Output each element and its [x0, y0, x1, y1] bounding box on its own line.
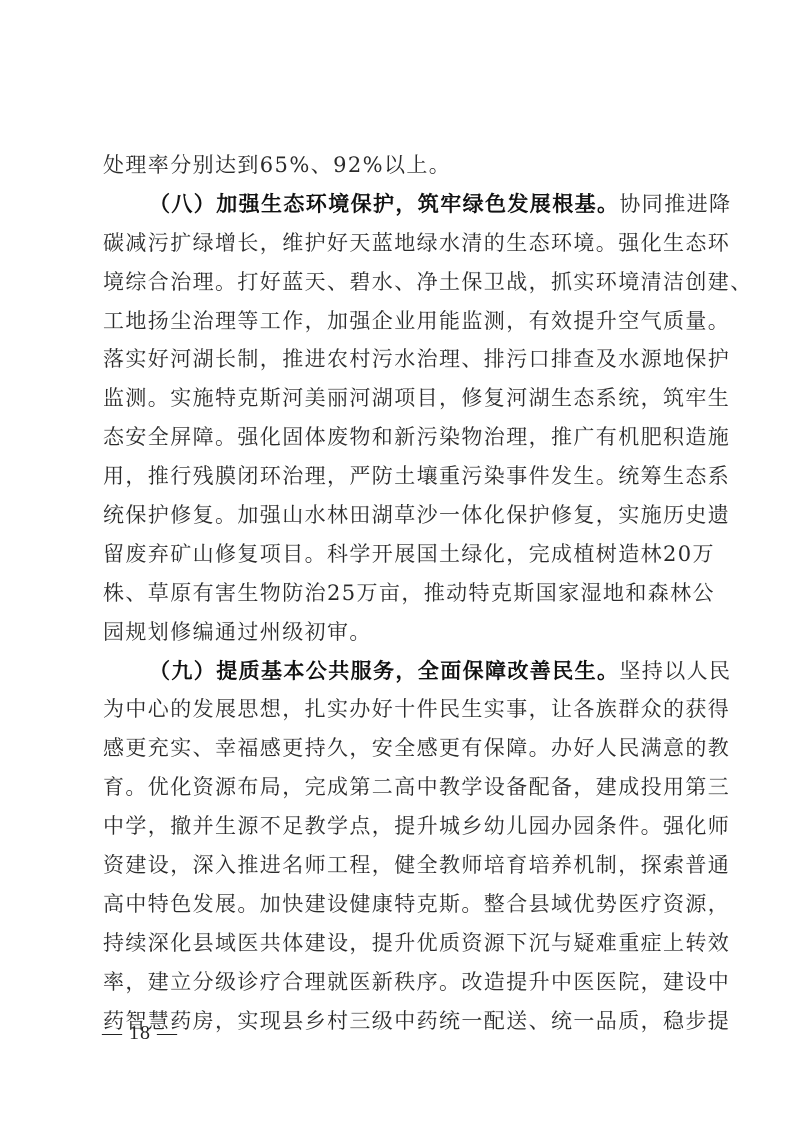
text-line: 落实好河湖长制，推进农村污水治理、排污口排查及水源地保护 [103, 340, 695, 379]
line-text: 为中心的发展思想，扎实办好十件民生实事，让各族群众的获得 [103, 697, 730, 721]
line-text: 态安全屏障。强化固体废物和新污染物治理，推广有机肥积造施 [103, 425, 730, 449]
line-text: 高中特色发展。加快建设健康特克斯。整合县域优势医疗资源， [103, 892, 730, 916]
document-page: 处理率分别达到65%、92%以上。（八）加强生态环境保护，筑牢绿色发展根基。协同… [0, 0, 793, 1122]
text-line: 境综合治理。打好蓝天、碧水、净土保卫战，抓实环境清洁创建、 [103, 263, 695, 302]
body-text: 处理率分别达到65%、92%以上。（八）加强生态环境保护，筑牢绿色发展根基。协同… [103, 146, 695, 1040]
text-line: 工地扬尘治理等工作，加强企业用能监测，有效提升空气质量。 [103, 302, 695, 341]
line-text: 落实好河湖长制，推进农村污水治理、排污口排查及水源地保护 [103, 347, 730, 371]
text-line: 株、草原有害生物防治25万亩，推动特克斯国家湿地和森林公 [103, 574, 695, 613]
line-text: 率，建立分级诊疗合理就医新秩序。改造提升中医医院，建设中 [103, 970, 730, 994]
section-heading: （八）加强生态环境保护，筑牢绿色发展根基。 [149, 191, 619, 216]
text-line: 率，建立分级诊疗合理就医新秩序。改造提升中医医院，建设中 [103, 963, 695, 1002]
line-text: 监测。实施特克斯河美丽河湖项目，修复河湖生态系统，筑牢生 [103, 386, 730, 410]
text-line: 留废弃矿山修复项目。科学开展国土绿化，完成植树造林20万 [103, 535, 695, 574]
text-line: 园规划修编通过州级初审。 [103, 613, 695, 652]
section-heading: （九）提质基本公共服务，全面保障改善民生。 [149, 658, 619, 683]
section-heading-line: （八）加强生态环境保护，筑牢绿色发展根基。协同推进降 [103, 185, 695, 224]
line-text: 工地扬尘治理等工作，加强企业用能监测，有效提升空气质量。 [103, 309, 730, 333]
text-line: 用，推行残膜闭环治理，严防土壤重污染事件发生。统筹生态系 [103, 457, 695, 496]
text-line: 中学，撤并生源不足教学点，提升城乡幼儿园办园条件。强化师 [103, 807, 695, 846]
line-text: 园规划修编通过州级初审。 [103, 620, 372, 644]
text-line: 资建设，深入推进名师工程，健全教师培育培养机制，探索普通 [103, 846, 695, 885]
line-text: 育。优化资源布局，完成第二高中教学设备配备，建成投用第三 [103, 775, 730, 799]
line-text: 协同推进降 [619, 192, 731, 216]
page-number: — 18 — [102, 1022, 178, 1045]
text-line: 高中特色发展。加快建设健康特克斯。整合县域优势医疗资源， [103, 885, 695, 924]
text-line: 育。优化资源布局，完成第二高中教学设备配备，建成投用第三 [103, 768, 695, 807]
text-line: 药智慧药房，实现县乡村三级中药统一配送、统一品质，稳步提 [103, 1002, 695, 1041]
line-text: 坚持以人民 [619, 659, 731, 683]
line-text: 株、草原有害生物防治25万亩，推动特克斯国家湿地和森林公 [103, 581, 715, 605]
line-text: 碳减污扩绿增长，维护好天蓝地绿水清的生态环境。强化生态环 [103, 231, 730, 255]
line-text: 用，推行残膜闭环治理，严防土壤重污染事件发生。统筹生态系 [103, 464, 730, 488]
line-text: 感更充实、幸福感更持久，安全感更有保障。办好人民满意的教 [103, 736, 730, 760]
line-text: 资建设，深入推进名师工程，健全教师培育培养机制，探索普通 [103, 853, 730, 877]
text-line: 监测。实施特克斯河美丽河湖项目，修复河湖生态系统，筑牢生 [103, 379, 695, 418]
text-line: 持续深化县域医共体建设，提升优质资源下沉与疑难重症上转效 [103, 924, 695, 963]
line-text: 统保护修复。加强山水林田湖草沙一体化保护修复，实施历史遗 [103, 503, 730, 527]
text-line: 碳减污扩绿增长，维护好天蓝地绿水清的生态环境。强化生态环 [103, 224, 695, 263]
line-text: 留废弃矿山修复项目。科学开展国土绿化，完成植树造林20万 [103, 542, 715, 566]
line-text: 持续深化县域医共体建设，提升优质资源下沉与疑难重症上转效 [103, 931, 730, 955]
line-text: 药智慧药房，实现县乡村三级中药统一配送、统一品质，稳步提 [103, 1009, 730, 1033]
text-line: 处理率分别达到65%、92%以上。 [103, 146, 695, 185]
text-line: 感更充实、幸福感更持久，安全感更有保障。办好人民满意的教 [103, 729, 695, 768]
text-line: 态安全屏障。强化固体废物和新污染物治理，推广有机肥积造施 [103, 418, 695, 457]
line-text: 境综合治理。打好蓝天、碧水、净土保卫战，抓实环境清洁创建、 [103, 270, 753, 294]
text-line: 为中心的发展思想，扎实办好十件民生实事，让各族群众的获得 [103, 690, 695, 729]
section-heading-line: （九）提质基本公共服务，全面保障改善民生。坚持以人民 [103, 652, 695, 691]
text-line: 统保护修复。加强山水林田湖草沙一体化保护修复，实施历史遗 [103, 496, 695, 535]
line-text: 中学，撤并生源不足教学点，提升城乡幼儿园办园条件。强化师 [103, 814, 730, 838]
line-text: 处理率分别达到65%、92%以上。 [103, 153, 451, 177]
